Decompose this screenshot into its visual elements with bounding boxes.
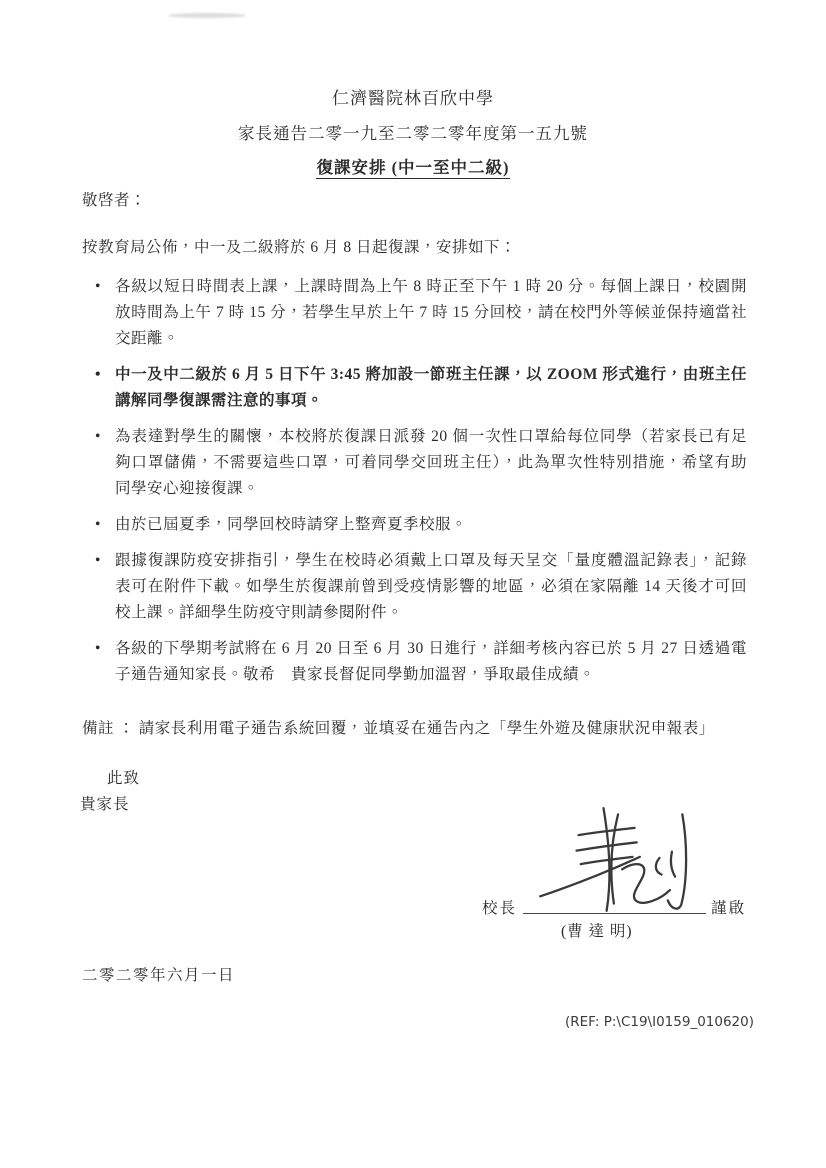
bullet-marker: • [95,512,115,538]
bullet-item: •各級的下學期考試將在 6 月 20 日至 6 月 30 日進行，詳細考核內容已… [95,636,747,688]
closing-cizhi: 此致 [107,766,140,788]
document-page: 仁濟醫院林百欣中學 家長通告二零一九至二零二零年度第一五九號 復課安排 (中一至… [0,0,826,1168]
remark-line: 備註 ： 請家長利用電子通告系統回覆，並填妥在通告內之「學生外遊及健康狀況申報表… [82,716,762,738]
bullet-item: •各級以短日時間表上課，上課時間為上午 8 時正至下午 1 時 20 分。每個上… [95,274,747,352]
bullet-text: 各級的下學期考試將在 6 月 20 日至 6 月 30 日進行，詳細考核內容已於… [115,636,747,688]
bullet-item: •跟據復課防疫安排指引，學生在校時必須戴上口罩及每天呈交「量度體溫記錄表」，記錄… [95,548,747,626]
bullet-marker: • [95,636,115,688]
bullet-marker: • [95,424,115,502]
bullet-list: •各級以短日時間表上課，上課時間為上午 8 時正至下午 1 時 20 分。每個上… [95,274,747,698]
bullet-text: 各級以短日時間表上課，上課時間為上午 8 時正至下午 1 時 20 分。每個上課… [115,274,747,352]
respectfully-label: 謹啟 [711,896,746,918]
salutation: 敬啓者： [82,188,146,210]
bullet-text: 由於已屆夏季，同學回校時請穿上整齊夏季校服。 [115,512,747,538]
bullet-item: •由於已屆夏季，同學回校時請穿上整齊夏季校服。 [95,512,747,538]
bullet-item: •中一及中二級於 6 月 5 日下午 3:45 將加設一節班主任課，以 ZOOM… [95,362,747,414]
bullet-marker: • [95,548,115,626]
closing-parent: 貴家長 [80,792,130,814]
bullet-marker: • [95,362,115,414]
reference-number: (REF: P:\C19\I0159_010620) [565,1014,754,1030]
principal-label: 校長 [482,896,517,918]
document-header: 仁濟醫院林百欣中學 家長通告二零一九至二零二零年度第一五九號 復課安排 (中一至… [0,84,826,178]
document-date: 二零二零年六月一日 [82,963,235,985]
bullet-text: 跟據復課防疫安排指引，學生在校時必須戴上口罩及每天呈交「量度體溫記錄表」，記錄表… [115,548,747,626]
intro-paragraph: 按教育局公佈，中一及二級將於 6 月 8 日起復課，安排如下： [82,235,516,257]
principal-name: (曹 達 明) [561,919,633,941]
school-name: 仁濟醫院林百欣中學 [0,84,826,109]
signature-block: 校長 謹啟 (曹 達 明) [478,800,768,950]
notice-number: 家長通告二零一九至二零二零年度第一五九號 [0,120,826,144]
principal-signature-icon [538,804,696,916]
bullet-text: 中一及中二級於 6 月 5 日下午 3:45 將加設一節班主任課，以 ZOOM … [115,362,747,414]
bullet-marker: • [95,274,115,352]
bullet-item: •為表達對學生的關懷，本校將於復課日派發 20 個一次性口罩給每位同學（若家長已… [95,424,747,502]
bullet-text: 為表達對學生的關懷，本校將於復課日派發 20 個一次性口罩給每位同學（若家長已有… [115,424,747,502]
notice-subject: 復課安排 (中一至中二級) [316,158,509,179]
subject-row: 復課安排 (中一至中二級) [0,154,826,178]
scan-artifact [168,13,246,18]
